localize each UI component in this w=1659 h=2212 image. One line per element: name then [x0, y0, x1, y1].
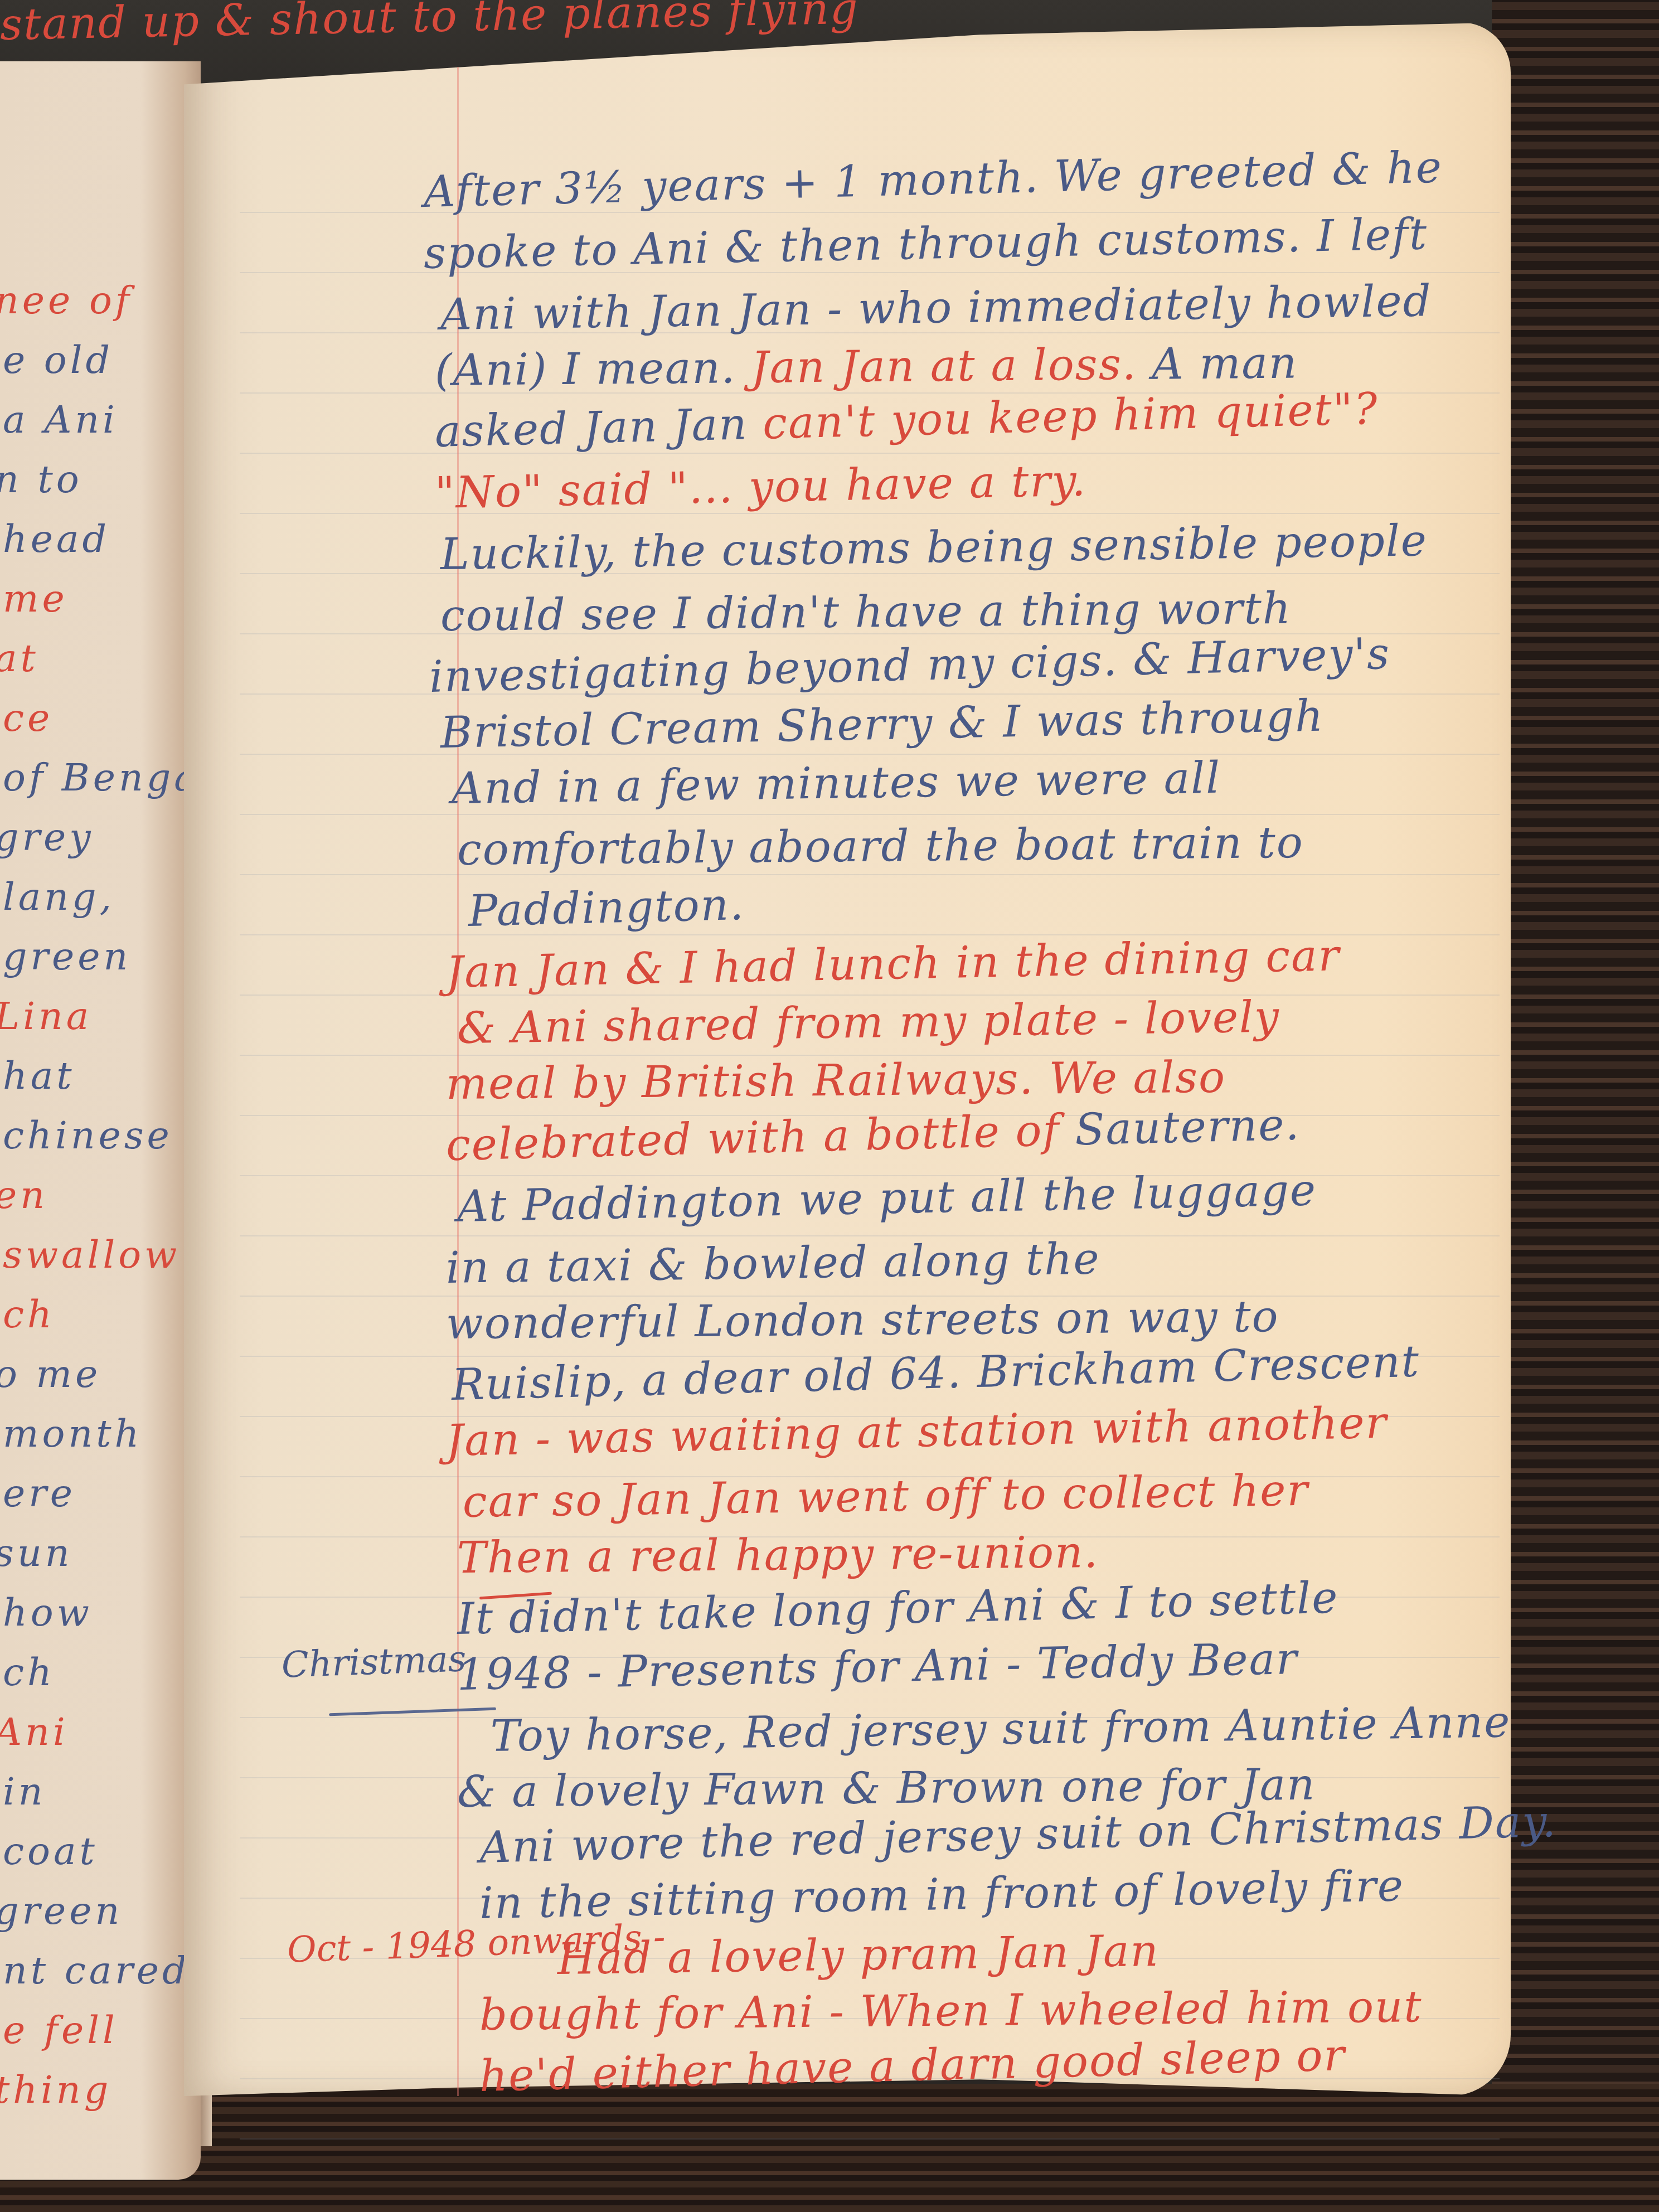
left-page-fragment: month	[3, 1412, 142, 1456]
ruled-line	[240, 453, 1500, 454]
ruled-line	[240, 814, 1500, 815]
ruled-line	[240, 1235, 1500, 1236]
margin-note-christmas: Christmas	[281, 1638, 467, 1686]
handwritten-segment: Jan Jan at a loss.	[751, 339, 1152, 393]
left-page-fragment: en	[0, 1173, 48, 1217]
handwritten-line: in a taxi & bowled along the	[445, 1234, 1100, 1293]
tabletop-background-bottom	[0, 2084, 1659, 2212]
handwritten-segment: A man	[1152, 338, 1298, 389]
left-page-fragment: at	[0, 637, 39, 681]
ruled-line	[240, 2138, 1500, 2140]
left-page-fragment: ch	[3, 1651, 55, 1695]
handwritten-line: meal by British Railways. We also	[446, 1052, 1226, 1109]
left-page-fragment: of Bengal	[3, 756, 216, 800]
left-page-fragment: head	[3, 517, 110, 561]
handwritten-segment: (Ani) I mean.	[435, 343, 751, 396]
ruled-line	[240, 995, 1500, 996]
left-page-fragment: green	[0, 1889, 123, 1933]
left-page-fragment: hat	[3, 1054, 75, 1098]
handwritten-line: (Ani) I mean. Jan Jan at a loss. A man	[435, 338, 1298, 396]
left-page: nee ofe olda Anin toheadmeatceof Bengalg…	[0, 61, 201, 2180]
handwritten-line: Had a lovely pram Jan Jan	[557, 1926, 1160, 1985]
left-page-fragment: thing	[0, 2068, 111, 2112]
handwritten-segment: asked Jan Jan	[434, 399, 763, 457]
left-page-fragment: o me	[0, 1352, 101, 1396]
handwritten-line: Then a real happy re-union.	[457, 1527, 1099, 1583]
left-page-fragment: in	[3, 1770, 46, 1814]
left-page-fragment: coat	[3, 1830, 98, 1874]
left-page-fragment: chinese	[3, 1114, 173, 1158]
ruled-line	[240, 513, 1500, 514]
left-page-fragment: nee of	[0, 279, 133, 323]
left-page-fragment: green	[3, 935, 131, 979]
ruled-line	[240, 754, 1500, 755]
left-page-fragment: nt cared	[3, 1949, 190, 1993]
left-page-fragment: Lina	[0, 995, 92, 1039]
handwritten-line: And in a few minutes we were all	[451, 753, 1221, 814]
left-page-fragment: Ani	[0, 1710, 69, 1754]
tabletop-background	[1492, 0, 1659, 2212]
left-page-fragment: e old	[3, 338, 113, 382]
handwritten-line: Paddington.	[468, 880, 745, 937]
handwritten-line: wonderful London streets on way to	[446, 1292, 1279, 1349]
handwritten-line: could see I didn't have a thing worth	[440, 584, 1292, 641]
left-page-fragment: sun	[0, 1531, 73, 1575]
left-page-fragment: how	[3, 1591, 93, 1635]
left-page-fragment: ere	[3, 1472, 76, 1516]
left-page-fragment: a Ani	[3, 398, 118, 442]
handwritten-line: comfortably aboard the boat train to	[457, 818, 1304, 875]
left-page-fragment: ce	[3, 696, 53, 740]
left-page-fragment: grey	[0, 816, 94, 860]
left-page-fragment: n to	[0, 458, 83, 502]
left-page-fragment: e fell	[3, 2009, 118, 2053]
left-page-fragment: swallow	[3, 1233, 180, 1277]
left-page-fragment: me	[3, 577, 68, 621]
left-page-fragment: ch	[3, 1293, 55, 1337]
handwritten-segment: Sauterne.	[1074, 1100, 1301, 1156]
left-page-fragment: lang,	[3, 875, 115, 919]
ruled-line	[240, 874, 1500, 875]
